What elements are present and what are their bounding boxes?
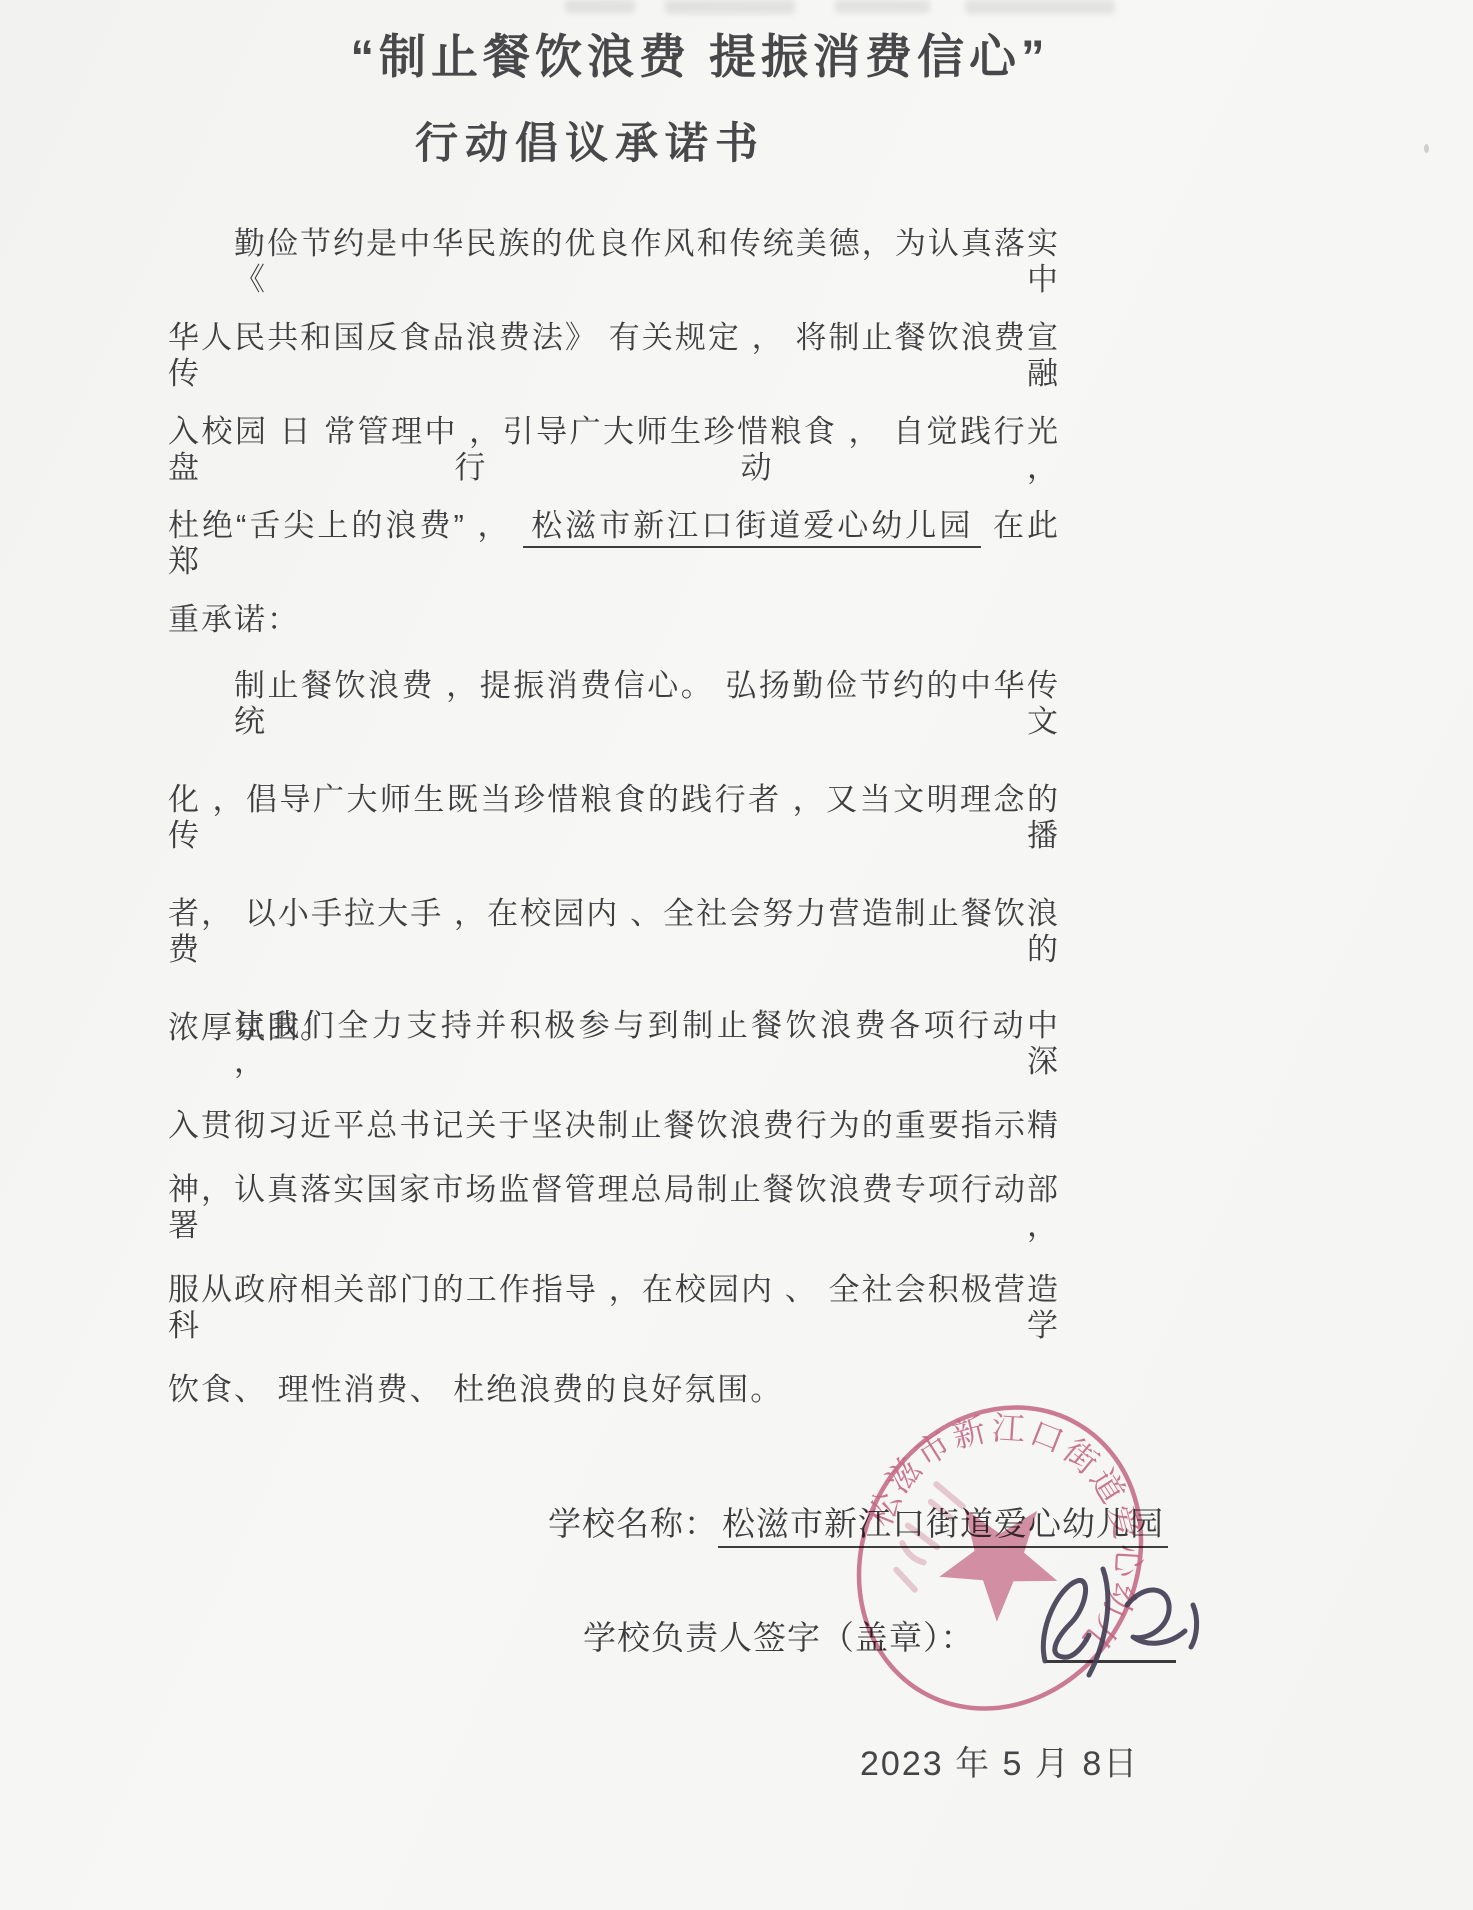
document-title-line2: 行动倡议承诺书 — [140, 110, 1040, 171]
paragraph-1: 勤俭节约是中华民族的优良作风和传统美德，为认真落实《中 华人民共和国反食品浪费法… — [168, 226, 1060, 660]
school-name-label: 学校名称： — [548, 1505, 718, 1542]
body-line: 杜绝“舌尖上的浪费” ， 松滋市新江口街道爱心幼儿园 在此郑 — [168, 508, 1060, 580]
body-line: 制止餐饮浪费 ，提振消费信心。 弘扬勤俭节约的中华传统文 — [168, 668, 1060, 740]
scan-artifact — [835, 0, 930, 13]
body-line: 华人民共和国反食品浪费法》 有关规定 ， 将制止餐饮浪费宣传融 — [168, 320, 1060, 392]
body-line: 者， 以小手拉大手 ，在校园内 、全社会努力营造制止餐饮浪费的 — [168, 896, 1060, 968]
scan-artifact — [665, 0, 795, 14]
date-line: 2023 年 5 月 8日 — [860, 1736, 1139, 1785]
body-line: 入贯彻习近平总书记关于坚决制止餐饮浪费行为的重要指示精 — [168, 1108, 1060, 1144]
body-line: 让我们全力支持并积极参与到制止餐饮浪费各项行动中 ， 深 — [168, 1008, 1060, 1080]
scanned-pledge-document: “制止餐饮浪费 提振消费信心” 行动倡议承诺书 勤俭节约是中华民族的优良作风和传… — [0, 0, 1473, 1910]
body-line: 服从政府相关部门的工作指导 ，在校园内 、 全社会积极营造科学 — [168, 1272, 1060, 1344]
body-line: 重承诺： — [168, 602, 1060, 638]
document-title-line1: “制止餐饮浪费 提振消费信心” — [230, 20, 1170, 87]
scan-artifact — [565, 0, 635, 13]
paragraph-3: 让我们全力支持并积极参与到制止餐饮浪费各项行动中 ， 深 入贯彻习近平总书记关于… — [168, 1008, 1060, 1436]
body-line: 勤俭节约是中华民族的优良作风和传统美德，为认真落实《中 — [168, 226, 1060, 298]
school-name-underlined: 松滋市新江口街道爱心幼儿园 — [523, 508, 981, 548]
body-line: 化 ，倡导广大师生既当珍惜粮食的践行者 ，又当文明理念的传播 — [168, 782, 1060, 854]
scan-speck — [1424, 144, 1429, 153]
signature-scribble — [1005, 1540, 1215, 1700]
body-text: 杜绝“舌尖上的浪费” ， — [168, 508, 511, 543]
body-line: 神，认真落实国家市场监督管理总局制止餐饮浪费专项行动部署， — [168, 1172, 1060, 1244]
body-line: 入校园 日 常管理中 ，引导广大师生珍惜粮食 ， 自觉践行光盘行动， — [168, 414, 1060, 486]
scan-artifact — [965, 0, 1115, 14]
